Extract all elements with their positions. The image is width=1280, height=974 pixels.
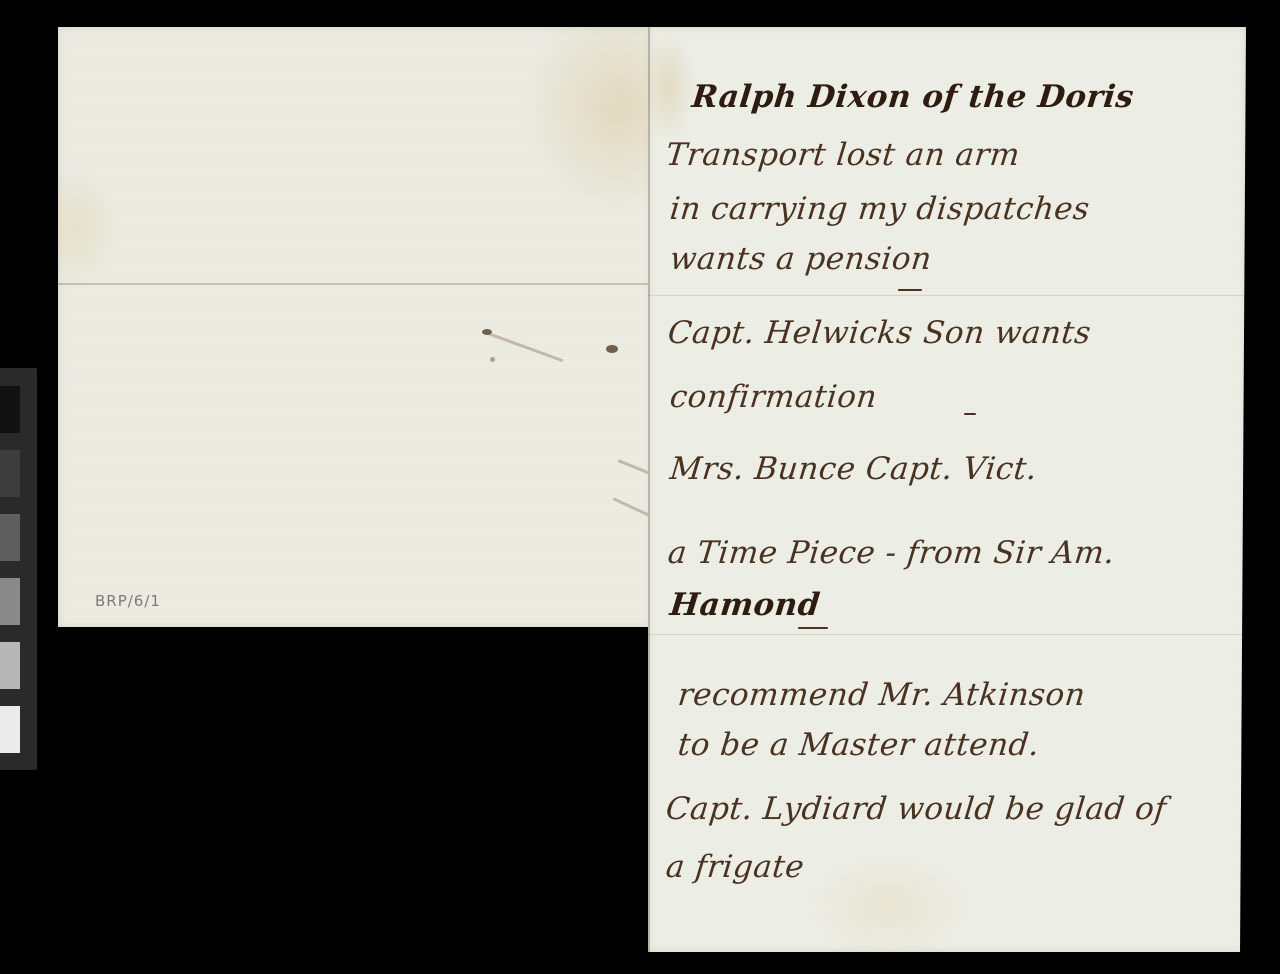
calibration-patch: [0, 386, 20, 433]
manuscript-line: recommend Mr. Atkinson: [676, 677, 1087, 713]
manuscript-line: confirmation: [668, 379, 879, 415]
ink-offset-streak: [487, 332, 563, 362]
calibration-patch: [0, 706, 20, 753]
ink-offset-blot: [606, 345, 618, 353]
manuscript-line: Capt. Lydiard would be glad of: [664, 791, 1168, 827]
underline: [898, 289, 922, 291]
calibration-patch: [0, 578, 20, 625]
manuscript-line: wants a pension: [668, 241, 933, 277]
manuscript-line: a Time Piece - from Sir Am.: [666, 535, 1116, 571]
right-page: Ralph Dixon of the Doris Transport lost …: [648, 27, 1246, 952]
scan-canvas: BRP/6/1 Ralph Dixon of the Doris Transpo…: [0, 0, 1280, 974]
dash-mark: [964, 413, 976, 415]
manuscript-line: to be a Master attend.: [676, 727, 1041, 763]
manuscript-line: Capt. Helwicks Son wants: [666, 315, 1093, 351]
manuscript-line: Transport lost an arm: [664, 137, 1022, 173]
underline: [798, 627, 828, 629]
manuscript-line: Mrs. Bunce Capt. Vict.: [668, 451, 1039, 487]
calibration-patch: [0, 514, 20, 561]
color-calibration-strip: [0, 368, 37, 770]
manuscript-line: a frigate: [664, 849, 806, 885]
archive-reference: BRP/6/1: [95, 592, 161, 610]
ink-offset-blot: [490, 357, 495, 362]
handwritten-text: Ralph Dixon of the Doris Transport lost …: [648, 27, 1246, 952]
calibration-patch: [0, 642, 20, 689]
manuscript-line: in carrying my dispatches: [668, 191, 1091, 227]
manuscript-line: Ralph Dixon of the Doris: [690, 79, 1136, 115]
left-page: BRP/6/1: [58, 27, 652, 627]
horizontal-fold: [58, 283, 652, 285]
manuscript-line: Hamond: [668, 587, 822, 623]
calibration-patch: [0, 450, 20, 497]
